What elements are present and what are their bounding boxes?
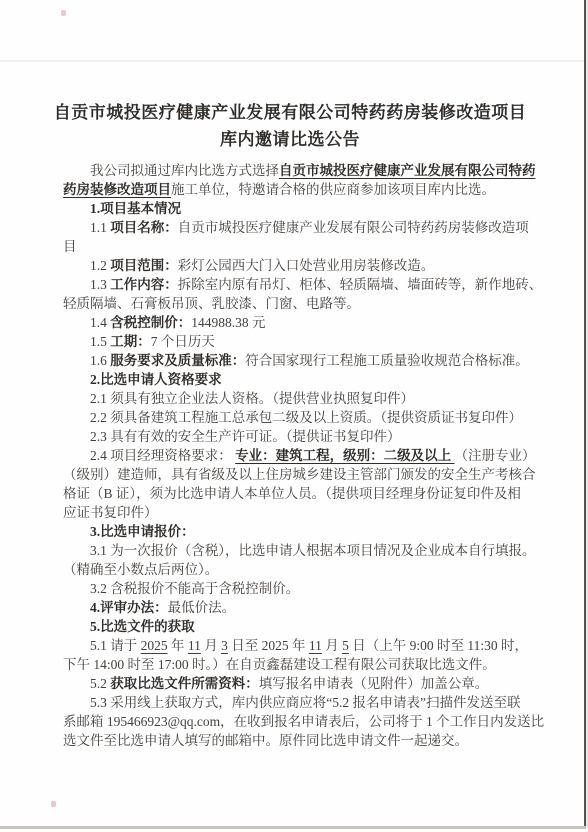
text-segment: 专业：建筑工程，级别：二级及以上 <box>235 448 454 463</box>
document-line: 1.3 工作内容：拆除室内原有吊灯、柜体、轻质隔墙、墙面砖等，新作地砖、 <box>63 275 543 294</box>
document-page: 自贡市城投医疗健康产业发展有限公司特药药房装修改造项目 库内邀请比选公告 我公司… <box>0 0 588 832</box>
document-line: 1.2 项目范围：彩灯公园西大门入口处营业用房装修改造。 <box>63 256 543 275</box>
text-segment: 彩灯公园西大门入口处营业用房装修改造。 <box>178 258 435 273</box>
scan-speck-top <box>61 10 66 16</box>
text-segment: 3.比选申请报价： <box>90 524 195 539</box>
document-line: 格证（B 证），须为比选申请人本单位人员。（提供项目经理身份证复印件及相 <box>63 484 543 503</box>
document-title-line-1: 自贡市城投医疗健康产业发展有限公司特药药房装修改造项目 <box>40 99 540 126</box>
text-segment: 目 <box>63 239 77 254</box>
text-segment: 5.1 请于 <box>90 638 141 653</box>
text-segment: 1.项目基本情况 <box>90 201 181 216</box>
text-segment: 3 <box>221 638 228 653</box>
document-line: 2.4 项目经理资格要求： 专业：建筑工程，级别：二级及以上 （注册专业） <box>63 446 543 465</box>
text-segment: 144988.38 元 <box>191 315 265 330</box>
document-line: 选文件至比选申请人填写的邮箱中。原件同比选申请文件一起递交。 <box>63 731 543 750</box>
text-segment: 年 <box>168 638 188 653</box>
text-segment: 自贡市城投医疗健康产业发展有限公司特药药房装修改造项 <box>178 220 529 235</box>
text-segment: 工期： <box>110 334 151 349</box>
document-line: 2.3 具有有效的安全生产许可证。（提供证书复印件） <box>63 427 543 446</box>
page-edge-bottom <box>0 826 586 829</box>
text-segment: 5.比选文件的获取 <box>90 619 195 634</box>
document-line: 5.比选文件的获取 <box>63 617 543 636</box>
document-line: 1.6 服务要求及质量标准：符合国家现行工程施工质量验收规范合格标准。 <box>63 351 543 370</box>
text-segment: 自贡市城投医疗健康产业发展有限公司特药 <box>279 163 536 178</box>
text-segment: 11 <box>309 638 322 653</box>
text-segment: 施工单位，特邀请合格的供应商参加该项目库内比选。 <box>171 182 495 197</box>
text-segment: 药房装修改造项目 <box>63 182 171 197</box>
text-segment: 1.5 <box>90 334 110 349</box>
text-segment: 5.2 <box>90 676 110 691</box>
document-line: 2.比选申请人资格要求 <box>63 370 543 389</box>
text-segment: 获取比选文件所需资料： <box>110 676 259 691</box>
text-segment: 符合国家现行工程施工质量验收规范合格标准。 <box>245 353 529 368</box>
text-segment: （级别）建造师，具有省级及以上住房城乡建设主管部门颁发的安全生产考核合 <box>63 467 536 482</box>
document-line: （精确至小数点后两位）。 <box>63 560 543 579</box>
text-segment: 日至 2025 年 <box>228 638 309 653</box>
page-edge-right <box>584 0 586 828</box>
document-line: 4.评审办法：最低价法。 <box>63 598 543 617</box>
document-title: 自贡市城投医疗健康产业发展有限公司特药药房装修改造项目 库内邀请比选公告 <box>40 99 540 153</box>
document-line: 系邮箱 195466923@qq.com，在收到报名申请表后，公司将于 1 个工… <box>63 712 543 731</box>
text-segment: 拆除室内原有吊灯、柜体、轻质隔墙、墙面砖等，新作地砖、 <box>178 277 543 292</box>
document-line: 下午 14:00 时至 17:00 时。）在自贡鑫磊建设工程有限公司获取比选文件… <box>63 655 543 674</box>
document-line: 1.5 工期：7 个日历天 <box>63 332 543 351</box>
text-segment: 2.4 项目经理资格要求： <box>90 448 235 463</box>
document-line: 应证书复印件） <box>63 503 543 522</box>
text-segment: （精确至小数点后两位）。 <box>63 562 218 577</box>
text-segment: 项目范围： <box>110 258 178 273</box>
document-line: 1.4 含税控制价：144988.38 元 <box>63 313 543 332</box>
text-segment: （注册专业） <box>455 448 536 463</box>
text-segment: 3.2 含税报价不能高于含税控制价。 <box>90 581 299 596</box>
text-segment: 3.1 为一次报价（含税），比选申请人根据本项目情况及企业成本自行填报。 <box>90 543 536 558</box>
text-segment: 2.比选申请人资格要求 <box>90 372 222 387</box>
text-segment: 11 <box>188 638 201 653</box>
document-line: 我公司拟通过库内比选方式选择自贡市城投医疗健康产业发展有限公司特药 <box>63 161 543 180</box>
document-line: 轻质隔墙、石膏板吊顶、乳胶漆、门窗、电路等。 <box>63 294 543 313</box>
document-line: 5.3 采用线上获取方式，库内供应商应将“5.2 报名申请表”扫描件发送至联 <box>63 693 543 712</box>
text-segment: 月 <box>322 638 342 653</box>
text-segment: 选文件至比选申请人填写的邮箱中。原件同比选申请文件一起递交。 <box>63 733 468 748</box>
text-segment: 工作内容： <box>110 277 178 292</box>
document-line: 3.1 为一次报价（含税），比选申请人根据本项目情况及企业成本自行填报。 <box>63 541 543 560</box>
text-segment: 项目名称： <box>110 220 178 235</box>
text-segment: 应证书复印件） <box>63 505 158 520</box>
text-segment: 5.3 采用线上获取方式，库内供应商应将“5.2 报名申请表”扫描件发送至联 <box>90 695 520 710</box>
text-segment: 月 <box>201 638 221 653</box>
text-segment: 我公司拟通过库内比选方式选择 <box>90 163 279 178</box>
document-line: 2.1 须具有独立企业法人资格。（提供营业执照复印件） <box>63 389 543 408</box>
document-line: 3.2 含税报价不能高于含税控制价。 <box>63 579 543 598</box>
text-segment: 日（上午 9:00 时至 11:30 时， <box>349 638 528 653</box>
text-segment: 服务要求及质量标准： <box>110 353 245 368</box>
document-line: 1.项目基本情况 <box>63 199 543 218</box>
text-segment: 2025 <box>141 638 168 653</box>
document-line: 2.2 须具备建筑工程施工总承包二级及以上资质。（提供资质证书复印件） <box>63 408 543 427</box>
document-line: 目 <box>63 237 543 256</box>
document-line: 1.1 项目名称：自贡市城投医疗健康产业发展有限公司特药药房装修改造项 <box>63 218 543 237</box>
document-line: （级别）建造师，具有省级及以上住房城乡建设主管部门颁发的安全生产考核合 <box>63 465 543 484</box>
document-line: 3.比选申请报价： <box>63 522 543 541</box>
scan-artifact-line <box>0 60 588 62</box>
text-segment: 系邮箱 195466923@qq.com，在收到报名申请表后，公司将于 1 个工… <box>63 714 544 729</box>
text-segment: 1.2 <box>90 258 110 273</box>
text-segment: 4.评审办法： <box>90 600 168 615</box>
text-segment: 下午 14:00 时至 17:00 时。）在自贡鑫磊建设工程有限公司获取比选文件… <box>63 657 496 672</box>
document-body: 我公司拟通过库内比选方式选择自贡市城投医疗健康产业发展有限公司特药药房装修改造项… <box>63 161 543 750</box>
text-segment: 1.4 <box>90 315 110 330</box>
text-segment: 7 个日历天 <box>151 334 215 349</box>
document-line: 5.2 获取比选文件所需资料：填写报名申请表（见附件）加盖公章。 <box>63 674 543 693</box>
text-segment: 2.1 须具有独立企业法人资格。（提供营业执照复印件） <box>90 391 414 406</box>
text-segment: 最低价法。 <box>168 600 236 615</box>
text-segment: 1.3 <box>90 277 110 292</box>
text-segment: 含税控制价： <box>110 315 191 330</box>
scan-speck-bottom <box>51 801 56 807</box>
text-segment: 填写报名申请表（见附件）加盖公章。 <box>259 676 489 691</box>
text-segment: 2.2 须具备建筑工程施工总承包二级及以上资质。（提供资质证书复印件） <box>90 410 522 425</box>
text-segment: 5 <box>342 638 349 653</box>
document-line: 药房装修改造项目施工单位，特邀请合格的供应商参加该项目库内比选。 <box>63 180 543 199</box>
text-segment: 1.6 <box>90 353 110 368</box>
text-segment: 2.3 具有有效的安全生产许可证。（提供证书复印件） <box>90 429 401 444</box>
document-line: 5.1 请于 2025 年 11 月 3 日至 2025 年 11 月 5 日（… <box>63 636 543 655</box>
text-segment: 轻质隔墙、石膏板吊顶、乳胶漆、门窗、电路等。 <box>63 296 360 311</box>
document-title-line-2: 库内邀请比选公告 <box>40 126 540 153</box>
text-segment: 格证（B 证），须为比选申请人本单位人员。（提供项目经理身份证复印件及相 <box>63 486 521 501</box>
text-segment: 1.1 <box>90 220 110 235</box>
